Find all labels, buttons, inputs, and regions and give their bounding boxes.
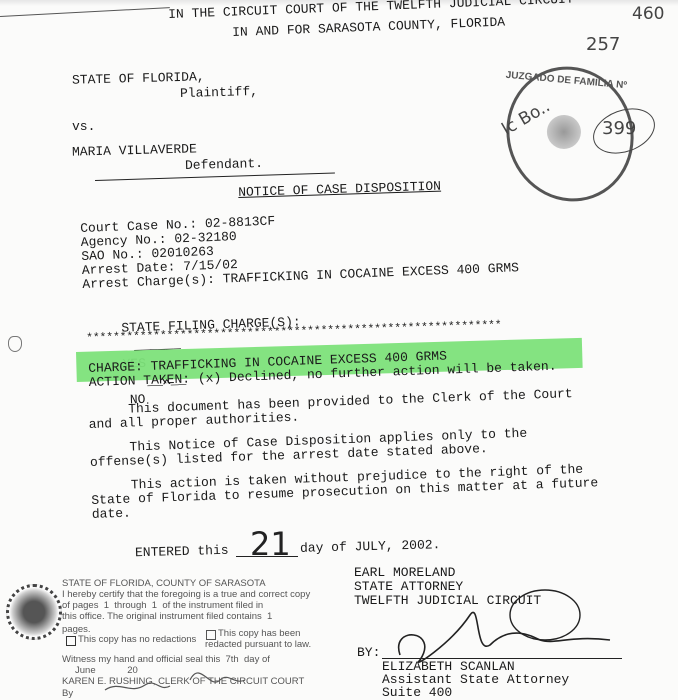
- scan-line: [0, 7, 170, 17]
- circled-number: 399: [602, 118, 636, 139]
- by-label: BY:: [357, 646, 380, 660]
- document-page: IN THE CIRCUIT COURT OF THE TWELFTH JUDI…: [0, 0, 678, 700]
- cert-line-6a: This copy has no redactions: [78, 634, 196, 645]
- entered-prefix: ENTERED this: [135, 544, 229, 560]
- entered-suffix: day of JULY, 2002.: [300, 538, 441, 556]
- cert-line-2: I hereby certify that the foregoing is a…: [62, 589, 310, 600]
- stamp-text: JUZGADO DE FAMILIA Nº: [505, 70, 627, 92]
- versus: vs.: [72, 120, 95, 134]
- court-header-line2: IN AND FOR SARASOTA COUNTY, FLORIDA: [232, 16, 505, 40]
- entered-day-handwritten: 21: [250, 525, 291, 563]
- document-title: NOTICE OF CASE DISPOSITION: [238, 180, 441, 200]
- caption-rule: [95, 172, 335, 181]
- cert-line-6b: This copy has been: [218, 628, 300, 639]
- state-attorney-name: EARL MORELAND: [354, 566, 455, 580]
- suite: Suite 400: [382, 686, 452, 700]
- defendant-name: MARIA VILLAVERDE: [72, 142, 197, 159]
- defendant-label: Defendant.: [185, 157, 263, 173]
- plaintiff-label: Plaintiff,: [180, 85, 258, 101]
- circuit-court-seal: [6, 584, 62, 640]
- cert-line-11: By: [62, 688, 73, 699]
- cert-line-4: this office. The original instrument fil…: [62, 611, 272, 622]
- handwritten-number-top: 460: [632, 4, 664, 24]
- cert-line-1: STATE OF FLORIDA, COUNTY OF SARASOTA: [62, 578, 266, 589]
- stamp-emblem-icon: [542, 110, 586, 154]
- cert-line-7: redacted pursuant to law.: [205, 639, 311, 650]
- cert-line-3: of pages 1 through 1 of the instrument f…: [62, 600, 263, 611]
- clerk-signature-scribble: [100, 650, 250, 700]
- hand-pointer-icon: [8, 336, 22, 352]
- body-paragraphs: This document has been provided to the C…: [88, 386, 599, 522]
- case-info: Court Case No.: 02-8813CF Agency No.: 02…: [80, 205, 519, 292]
- no-redactions-checkbox: [66, 636, 76, 646]
- handwritten-number-second: 257: [586, 34, 620, 55]
